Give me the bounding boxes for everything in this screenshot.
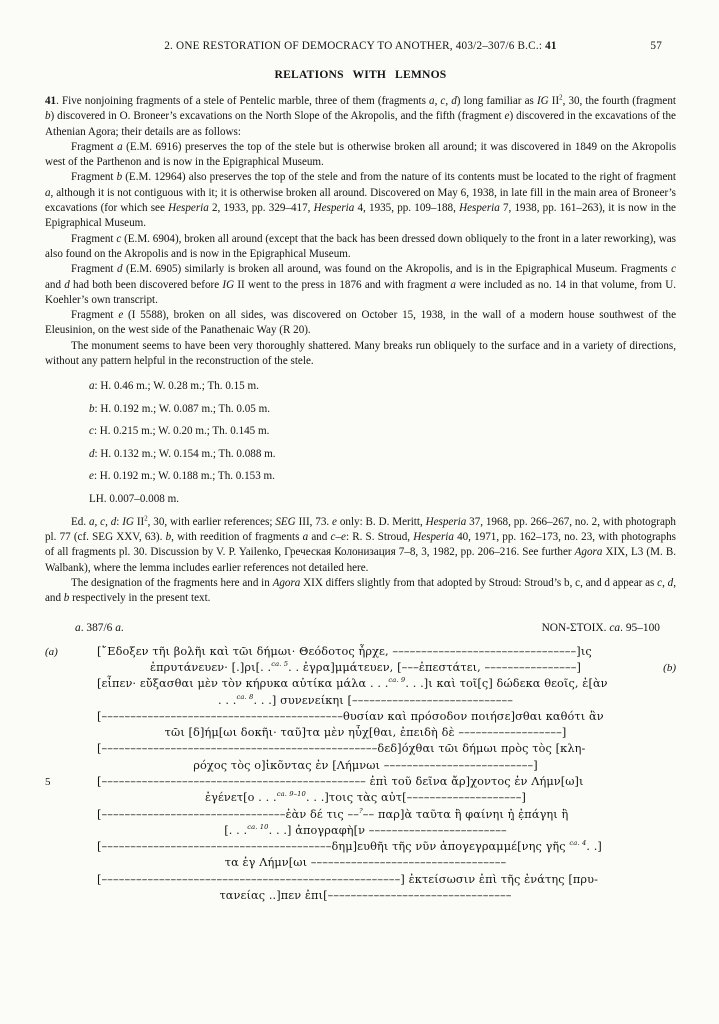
measurement-line-e: e: H. 0.192 m.; W. 0.188 m.; Th. 0.153 m… <box>89 469 676 484</box>
fragment-e-paragraph: Fragment e (I 5588), broken on all sides… <box>45 308 676 339</box>
date-label: a. 387/6 a. <box>75 622 124 634</box>
inscription-line: . . .ca. 8. . .] συνενείκηι [–––––––––––… <box>45 693 676 709</box>
measurement-line-d: d: H. 0.132 m.; W. 0.154 m.; Th. 0.088 m… <box>89 447 676 462</box>
inscription-line: τῶι [δ]ήμ[ωι δοκῆι· ταῦ]τα μὲν ηὖχ[θαι, … <box>45 725 676 741</box>
intro-paragraph: 41. Five nonjoining fragments of a stele… <box>45 94 676 140</box>
date-row: a. 387/6 a. NON-ΣΤΟΙΧ. ca. 95–100 <box>45 622 676 634</box>
measurement-line-b: b: H. 0.192 m.; W. 0.087 m.; Th. 0.05 m. <box>89 402 676 417</box>
bibliography-paragraph: Ed. a, c, d: IG II2, 30, with earlier re… <box>45 515 676 576</box>
running-header: 2. ONE RESTORATION OF DEMOCRACY TO ANOTH… <box>45 40 676 52</box>
designation-paragraph: The designation of the fragments here an… <box>45 576 676 607</box>
measurement-line-lh: LH. 0.007–0.008 m. <box>89 492 676 507</box>
inscription-line: [–––––––––––––––––––––––––––––––––––––––… <box>45 872 676 888</box>
fragment-d-paragraph: Fragment d (E.M. 6905) similarly is brok… <box>45 262 676 308</box>
inscription-line: [–––––––––––––––––––––––––––––––––––––––… <box>45 709 676 725</box>
stoichedon-note: NON-ΣΤΟΙΧ. ca. 95–100 <box>542 622 660 634</box>
inscription-line: [–––––––––––––––––––––––––––––––––––––––… <box>45 839 676 855</box>
page-number: 57 <box>650 40 662 52</box>
fragment-b-paragraph: Fragment b (E.M. 12964) also preserves t… <box>45 170 676 231</box>
fragment-c-paragraph: Fragment c (E.M. 6904), broken all aroun… <box>45 232 676 263</box>
inscription-line: ρόχος τὸς ο]ἰκõντας ἐν [Λήμνωι –––––––––… <box>45 758 676 774</box>
measurement-list: a: H. 0.46 m.; W. 0.28 m.; Th. 0.15 m. b… <box>89 379 676 507</box>
book-page: 2. ONE RESTORATION OF DEMOCRACY TO ANOTH… <box>0 0 719 1024</box>
inscription-line: [––––––––––––––––––––––––––––––––ἐὰν δέ … <box>45 807 676 823</box>
inscription-line: (a)[῎Εδοξεν τῆι βολῆι καὶ τῶι δήμωι· Θεό… <box>45 644 676 660</box>
inscription-line: [εἶπεν· εὔξασθαι μὲν τὸν κήρυκα αὐτίκα μ… <box>45 676 676 692</box>
inscription-line: ἐπρυτάνευεν· [.]ρι[. .ca. 5. . ἐγρα]μμάτ… <box>45 660 676 676</box>
inscription-line: 5[––––––––––––––––––––––––––––––––––––––… <box>45 774 676 790</box>
fragment-a-paragraph: Fragment a (E.M. 6916) preserves the top… <box>45 140 676 171</box>
inscription-text: (a)[῎Εδοξεν τῆι βολῆι καὶ τῶι δήμωι· Θεό… <box>45 644 676 905</box>
measurement-line-a: a: H. 0.46 m.; W. 0.28 m.; Th. 0.15 m. <box>89 379 676 394</box>
inscription-line: [–––––––––––––––––––––––––––––––––––––––… <box>45 741 676 757</box>
inscription-line: τανείας ..]πεν ἐπι[–––––––––––––––––––––… <box>45 888 676 904</box>
inscription-line: ἐγένετ[ο . . .ca. 9–10. . .]τοις τὰς αὐτ… <box>45 790 676 806</box>
inscription-line: τα ἐγ Λήμν[ωι ––––––––––––––––––––––––––… <box>45 855 676 871</box>
section-title: RELATIONS WITH LEMNOS <box>45 68 676 81</box>
fragment-a-label: (a) <box>45 644 97 660</box>
fragment-b-label: (b) <box>634 660 676 676</box>
measurement-line-c: c: H. 0.215 m.; W. 0.20 m.; Th. 0.145 m. <box>89 424 676 439</box>
line-number-5: 5 <box>45 774 97 790</box>
monument-paragraph: The monument seems to have been very tho… <box>45 339 676 370</box>
inscription-line: [. . .ca. 10. . .] ἀπογραφὴ[ν ––––––––––… <box>45 823 676 839</box>
running-header-text: 2. ONE RESTORATION OF DEMOCRACY TO ANOTH… <box>164 40 556 52</box>
